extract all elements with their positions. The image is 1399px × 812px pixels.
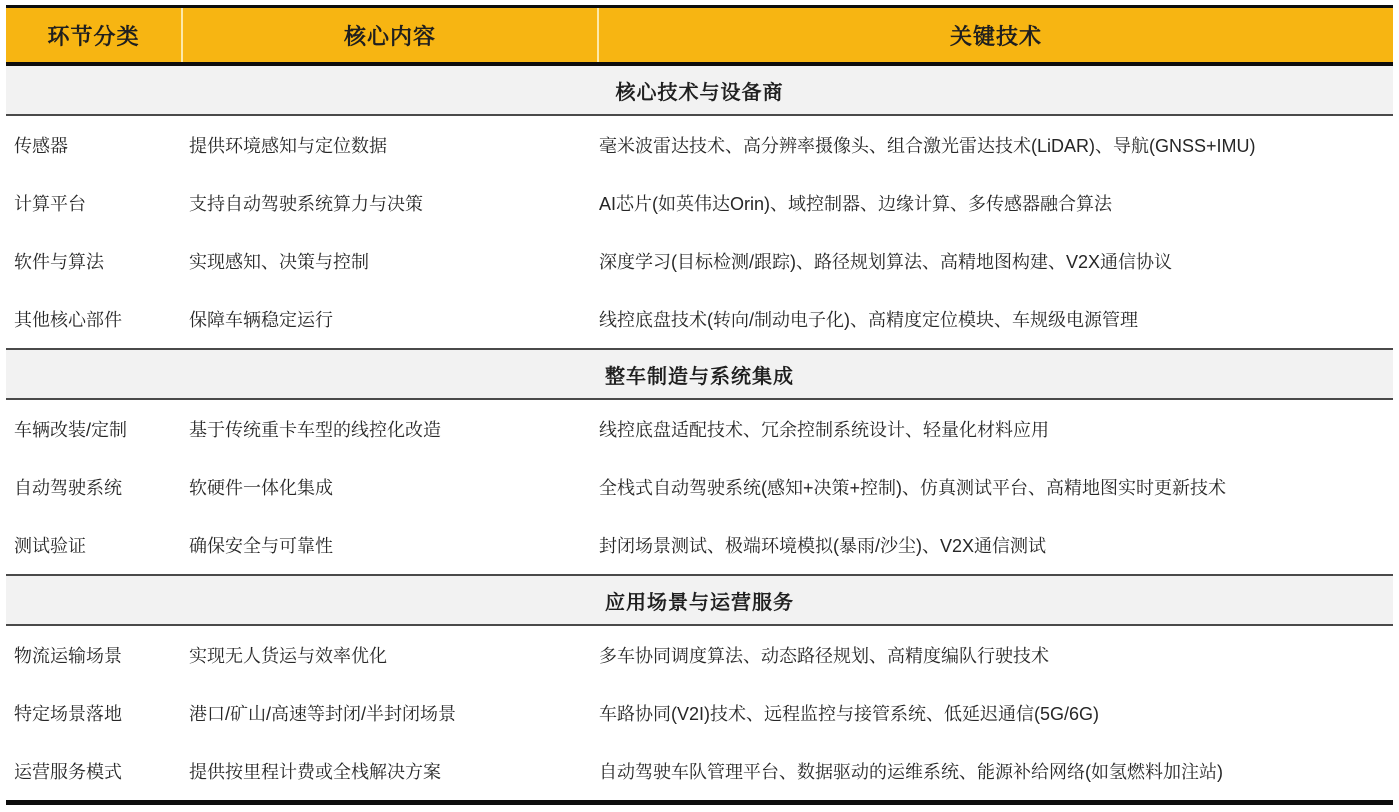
cell-category: 特定场景落地: [6, 700, 181, 726]
cell-category: 运营服务模式: [6, 758, 181, 784]
cell-tech: 深度学习(目标检测/跟踪)、路径规划算法、高精地图构建、V2X通信协议: [589, 248, 1393, 274]
table-row: 计算平台支持自动驾驶系统算力与决策AI芯片(如英伟达Orin)、域控制器、边缘计…: [6, 174, 1393, 232]
table-body: 核心技术与设备商传感器提供环境感知与定位数据毫米波雷达技术、高分辨率摄像头、组合…: [6, 66, 1393, 800]
cell-content: 提供环境感知与定位数据: [181, 132, 589, 158]
table-row: 自动驾驶系统软硬件一体化集成全栈式自动驾驶系统(感知+决策+控制)、仿真测试平台…: [6, 458, 1393, 516]
cell-content: 支持自动驾驶系统算力与决策: [181, 190, 589, 216]
cell-content: 确保安全与可靠性: [181, 532, 589, 558]
table-row: 传感器提供环境感知与定位数据毫米波雷达技术、高分辨率摄像头、组合激光雷达技术(L…: [6, 116, 1393, 174]
table-row: 车辆改装/定制基于传统重卡车型的线控化改造线控底盘适配技术、冗余控制系统设计、轻…: [6, 400, 1393, 458]
table-row: 特定场景落地港口/矿山/高速等封闭/半封闭场景车路协同(V2I)技术、远程监控与…: [6, 684, 1393, 742]
industry-chain-table: 环节分类 核心内容 关键技术 核心技术与设备商传感器提供环境感知与定位数据毫米波…: [6, 5, 1393, 805]
section-header: 核心技术与设备商: [6, 66, 1393, 116]
cell-content: 提供按里程计费或全栈解决方案: [181, 758, 589, 784]
table-bottom-rule: [6, 800, 1393, 805]
section-header: 整车制造与系统集成: [6, 348, 1393, 400]
cell-content: 保障车辆稳定运行: [181, 306, 589, 332]
cell-category: 其他核心部件: [6, 306, 181, 332]
cell-category: 测试验证: [6, 532, 181, 558]
table-row: 测试验证确保安全与可靠性封闭场景测试、极端环境模拟(暴雨/沙尘)、V2X通信测试: [6, 516, 1393, 574]
cell-tech: 毫米波雷达技术、高分辨率摄像头、组合激光雷达技术(LiDAR)、导航(GNSS+…: [589, 132, 1393, 158]
cell-category: 传感器: [6, 132, 181, 158]
column-header-tech: 关键技术: [597, 8, 1393, 62]
table-row: 软件与算法实现感知、决策与控制深度学习(目标检测/跟踪)、路径规划算法、高精地图…: [6, 232, 1393, 290]
column-header-content: 核心内容: [181, 8, 597, 62]
cell-tech: 线控底盘技术(转向/制动电子化)、高精度定位模块、车规级电源管理: [589, 306, 1393, 332]
section-title: 整车制造与系统集成: [605, 360, 794, 389]
cell-category: 物流运输场景: [6, 642, 181, 668]
table-row: 运营服务模式提供按里程计费或全栈解决方案自动驾驶车队管理平台、数据驱动的运维系统…: [6, 742, 1393, 800]
table-row: 其他核心部件保障车辆稳定运行线控底盘技术(转向/制动电子化)、高精度定位模块、车…: [6, 290, 1393, 348]
cell-tech: 全栈式自动驾驶系统(感知+决策+控制)、仿真测试平台、高精地图实时更新技术: [589, 474, 1393, 500]
section-title: 应用场景与运营服务: [605, 586, 794, 615]
cell-tech: 自动驾驶车队管理平台、数据驱动的运维系统、能源补给网络(如氢燃料加注站): [589, 758, 1393, 784]
cell-content: 软硬件一体化集成: [181, 474, 589, 500]
cell-category: 车辆改装/定制: [6, 416, 181, 442]
cell-tech: 车路协同(V2I)技术、远程监控与接管系统、低延迟通信(5G/6G): [589, 700, 1393, 726]
section-title: 核心技术与设备商: [616, 76, 784, 105]
table-header-row: 环节分类 核心内容 关键技术: [6, 5, 1393, 66]
cell-category: 计算平台: [6, 190, 181, 216]
cell-tech: 多车协同调度算法、动态路径规划、高精度编队行驶技术: [589, 642, 1393, 668]
column-header-category: 环节分类: [6, 8, 181, 62]
table-row: 物流运输场景实现无人货运与效率优化多车协同调度算法、动态路径规划、高精度编队行驶…: [6, 626, 1393, 684]
cell-tech: 封闭场景测试、极端环境模拟(暴雨/沙尘)、V2X通信测试: [589, 532, 1393, 558]
cell-content: 实现感知、决策与控制: [181, 248, 589, 274]
cell-category: 软件与算法: [6, 248, 181, 274]
cell-content: 基于传统重卡车型的线控化改造: [181, 416, 589, 442]
cell-content: 实现无人货运与效率优化: [181, 642, 589, 668]
cell-tech: 线控底盘适配技术、冗余控制系统设计、轻量化材料应用: [589, 416, 1393, 442]
section-header: 应用场景与运营服务: [6, 574, 1393, 626]
cell-category: 自动驾驶系统: [6, 474, 181, 500]
cell-tech: AI芯片(如英伟达Orin)、域控制器、边缘计算、多传感器融合算法: [589, 190, 1393, 216]
cell-content: 港口/矿山/高速等封闭/半封闭场景: [181, 700, 589, 726]
